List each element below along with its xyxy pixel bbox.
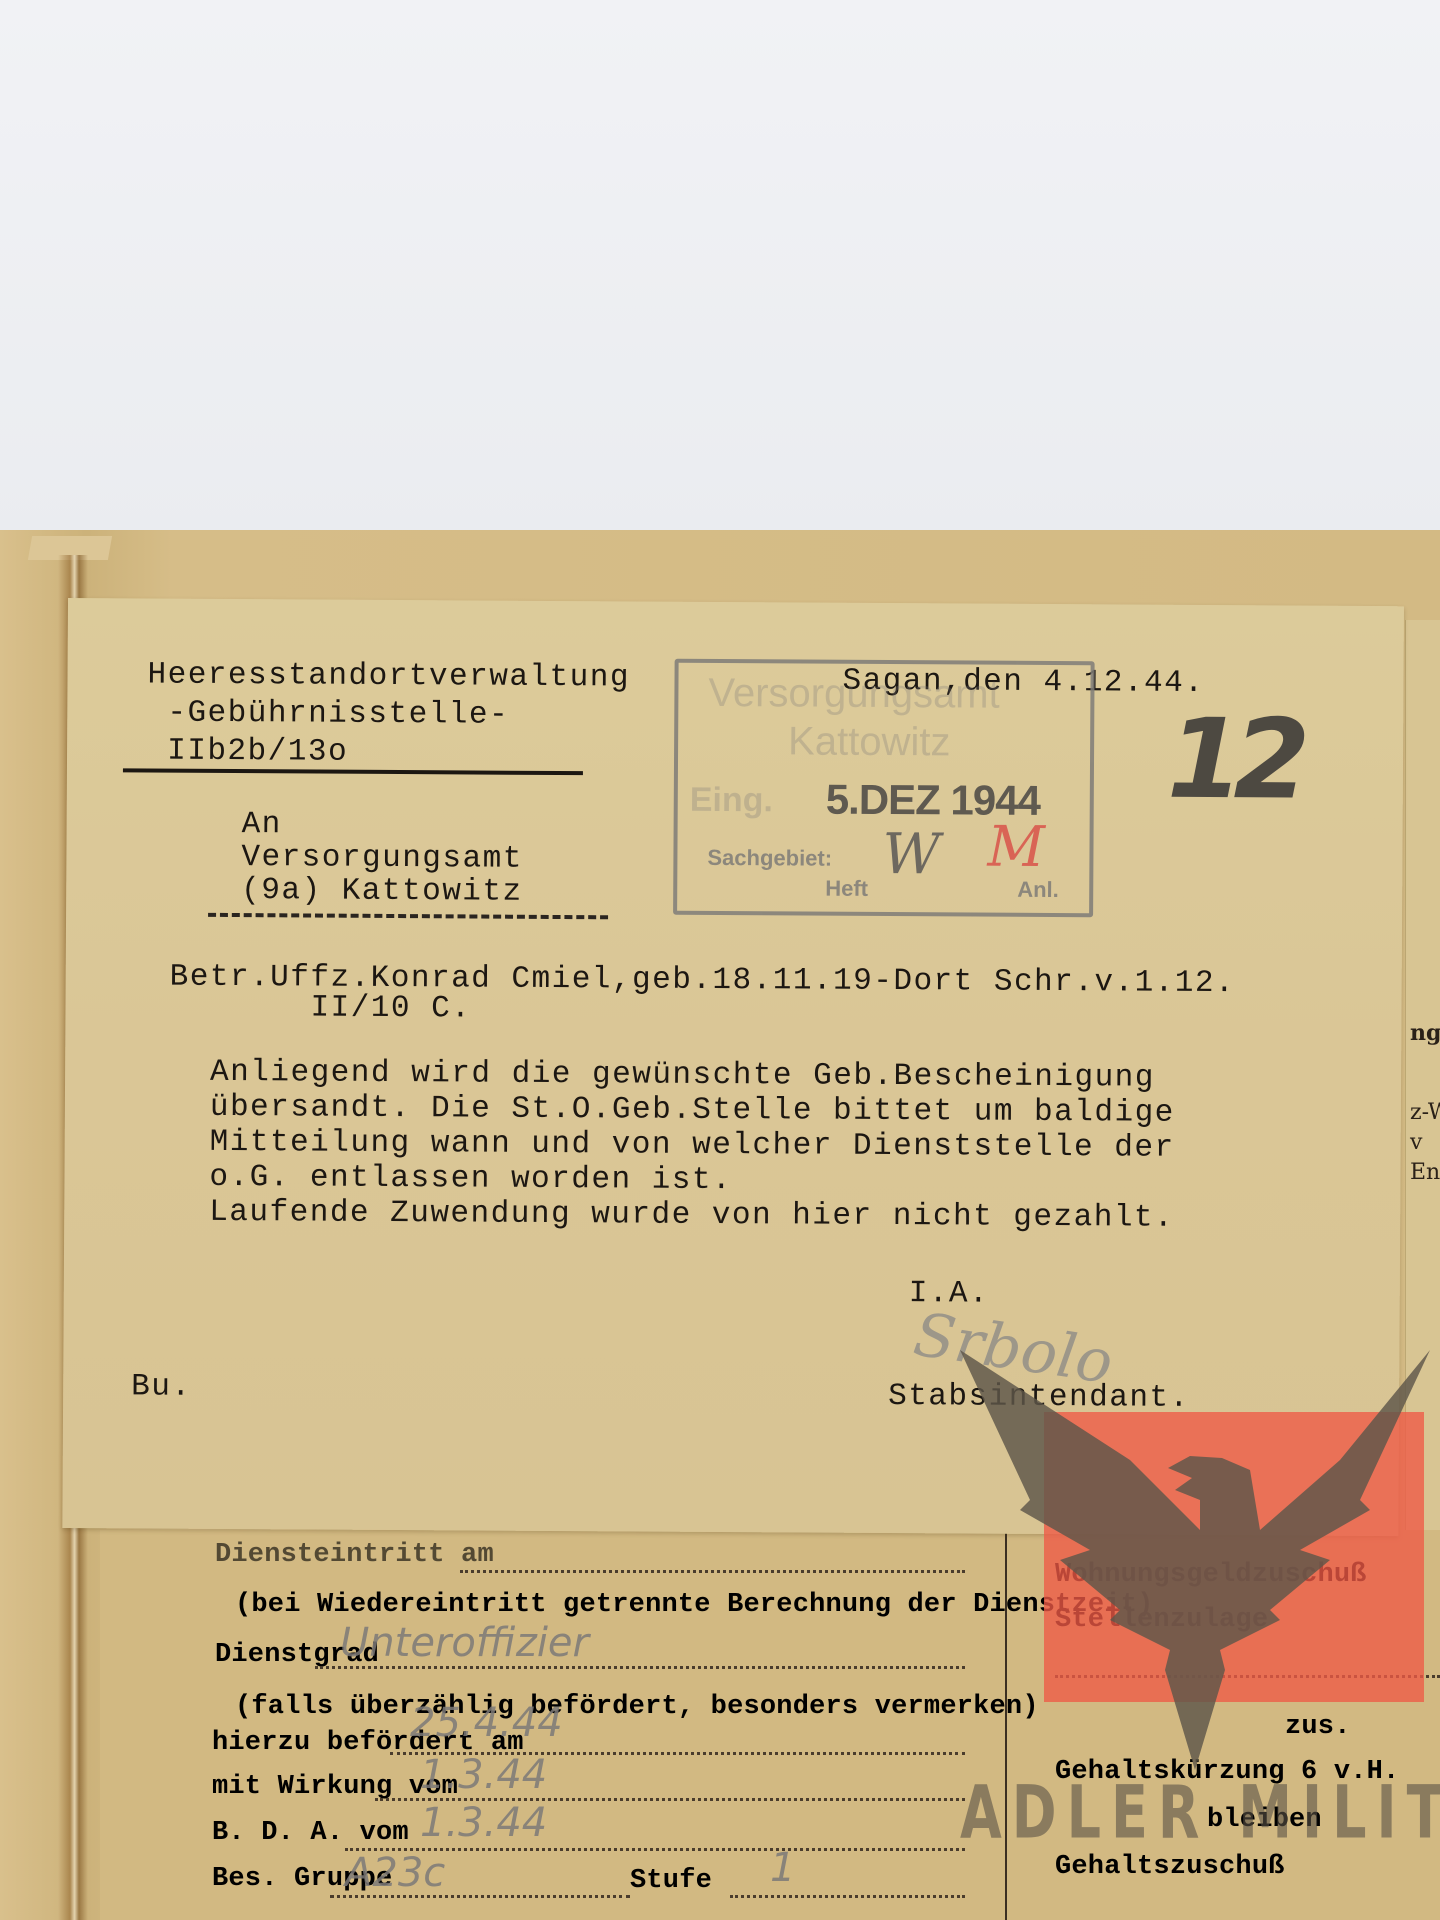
sender-line-3: IIb2b/13o bbox=[147, 732, 348, 771]
receipt-stamp: Versorgungsamt Kattowitz Eing. 5.DEZ 194… bbox=[673, 659, 1095, 918]
watermark-eagle-icon bbox=[960, 1350, 1430, 1770]
subject-line-2: II/10 C. bbox=[310, 989, 471, 1028]
sender-line-2: -Gebührnisstelle- bbox=[147, 694, 509, 734]
typist-initials: Bu. bbox=[131, 1368, 192, 1406]
form-dots bbox=[730, 1895, 965, 1898]
form-label-bda: B. D. A. vom bbox=[212, 1818, 409, 1848]
handwritten-befoerdert: 25.4.44 bbox=[410, 1700, 563, 1746]
fragment-zw: z-W bbox=[1410, 1100, 1440, 1125]
watermark-text: ADLER MILITARIA bbox=[960, 1770, 1440, 1855]
stamp-sachgebiet-label: Sachgebiet: bbox=[707, 845, 832, 872]
photo-background bbox=[0, 0, 1440, 560]
handwritten-wirkung: 1.3.44 bbox=[420, 1752, 547, 1798]
recipient-dashed-underline bbox=[208, 913, 608, 919]
stamp-heft-label: Heft bbox=[825, 876, 868, 902]
stamp-initials-gray: W bbox=[882, 822, 940, 887]
pencil-file-number: 12 bbox=[1167, 695, 1301, 824]
sender-line-1: Heeresstandortverwaltung bbox=[147, 656, 630, 697]
handwritten-bes-gruppe: A23c bbox=[345, 1850, 445, 1896]
body-line-5: Laufende Zuwendung wurde von hier nicht … bbox=[209, 1194, 1174, 1238]
form-label-stufe: Stufe bbox=[630, 1866, 712, 1896]
form-note-ueberzaehlig: (falls überzählig befördert, besonders v… bbox=[235, 1692, 1039, 1722]
stamp-eing-label: Eing. bbox=[690, 781, 773, 821]
sender-underline bbox=[123, 768, 583, 775]
form-dots bbox=[315, 1666, 965, 1669]
recipient-line-3: (9a) Kattowitz bbox=[241, 872, 523, 912]
handwritten-stufe: 1 bbox=[770, 1845, 795, 1891]
fragment-ent: Ent bbox=[1410, 1160, 1440, 1185]
stamp-initials-red: M bbox=[987, 815, 1045, 880]
fragment-ng: ng bbox=[1410, 1020, 1440, 1046]
handwritten-dienstgrad: Unteroffizier bbox=[340, 1620, 589, 1666]
handwritten-bda: 1.3.44 bbox=[420, 1800, 547, 1846]
form-label-diensteintritt: Diensteintritt am bbox=[215, 1540, 494, 1570]
stamp-faded-city: Kattowitz bbox=[788, 719, 951, 765]
form-dots bbox=[460, 1570, 965, 1573]
stamp-faded-office: Versorgungsamt bbox=[708, 671, 1000, 718]
stamp-anl-label: Anl. bbox=[1017, 877, 1059, 903]
form-label-gehaltszuschuss: Gehaltszuschuß bbox=[1055, 1852, 1285, 1882]
fragment-v: v bbox=[1410, 1130, 1422, 1155]
